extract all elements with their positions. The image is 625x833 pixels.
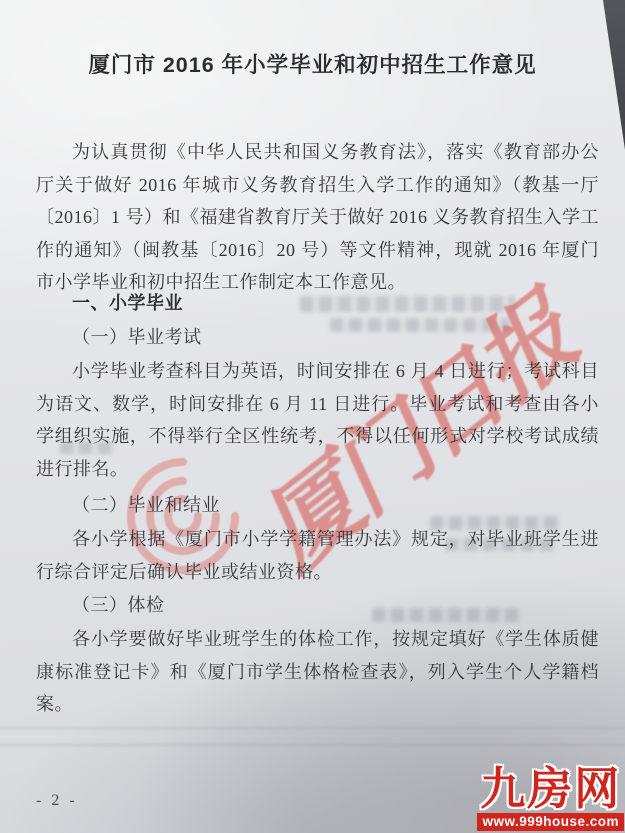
subsection-body-2: 各小学根据《厦门市小学学籍管理办法》规定，对毕业班学生进行综合评定后确认毕业或结…: [36, 523, 599, 588]
site-logo-url: www.999house.com: [477, 813, 624, 831]
intro-paragraph: 为认真贯彻《中华人民共和国义务教育法》，落实《教育部办公厅关于做好 2016 年…: [36, 136, 599, 299]
subsection-title-2: （二）毕业和结业: [36, 489, 599, 522]
page-number: - 2 -: [36, 792, 78, 810]
document-title: 厦门市 2016 年小学毕业和初中招生工作意见: [20, 48, 605, 79]
site-logo-text: 九房网: [477, 766, 624, 812]
site-logo: 九房网 www.999house.com: [477, 766, 624, 831]
paper-crease: [0, 744, 625, 746]
document-paper: 厦门日报 厦门市 2016 年小学毕业和初中招生工作意见 为认真贯彻《中华人民共…: [0, 0, 625, 833]
subsection-body-1: 小学毕业考查科目为英语，时间安排在 6 月 4 日进行；考试科目为语文、数学，时…: [36, 355, 599, 485]
subsection-title-3: （三）体检: [36, 589, 599, 622]
subsection-body-3: 各小学要做好毕业班学生的体检工作，按规定填好《学生体质健康标准登记卡》和《厦门市…: [36, 623, 599, 721]
paper-crease: [0, 727, 625, 729]
section-heading: 一、小学毕业: [36, 287, 599, 320]
subsection-title-1: （一）毕业考试: [36, 321, 599, 354]
